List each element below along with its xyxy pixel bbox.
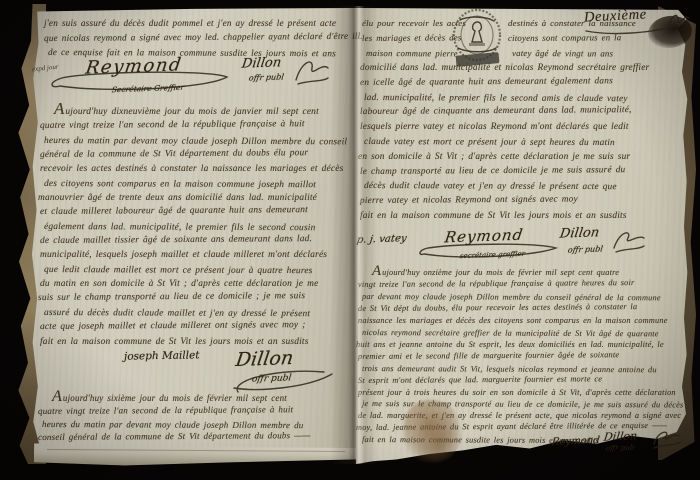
signature-dillon-mid: Dillon	[559, 225, 600, 241]
signature-dillon-bottom-title: offr pub	[605, 444, 635, 453]
text-line: nicolas reymond secrétaire greffier de l…	[362, 327, 684, 340]
signature-reymond-bottom: Reymond	[551, 435, 600, 448]
text-line: le champ transporté au lieu de ce domici…	[360, 163, 649, 180]
text-line: naissance les mariages et décès des cito…	[358, 315, 683, 327]
ink-blot	[404, 400, 462, 462]
text-line: général de la commune de St Vit départem…	[40, 146, 347, 162]
text-line: que ledit claude maillet est mort ce pré…	[44, 263, 347, 279]
signature-vatey: p. j. vatey	[356, 233, 407, 246]
text-line: des citoyens sont comparus en la maison …	[44, 177, 347, 193]
signature-reymond-top: Reymond	[84, 54, 183, 78]
oval-ink-stamp	[448, 8, 508, 72]
act-january-text: Aujourd'huy dixneuvième jour du mois de …	[40, 102, 347, 349]
text-line: laboureur âgé de cinquante ans demeurant…	[360, 103, 649, 120]
text-line: suis sur le champ transporté au lieu de …	[38, 289, 347, 306]
text-line: de claude maillet tissier âgé de soixant…	[40, 232, 347, 248]
scanned-register-spread: j'en suis assuré du décès dudit pommel e…	[0, 0, 700, 480]
page-marker: Deuxième	[584, 6, 648, 26]
signature-reymond-mid: Reymond	[444, 226, 525, 247]
text-line: pierre vatey et nicolas Reymond ont sign…	[360, 192, 649, 209]
text-line: municipalité, lesquels joseph maillet et…	[40, 248, 347, 262]
paraph-flourish	[650, 426, 684, 452]
paraph-flourish	[292, 54, 332, 88]
text-line: lesquels pierre vatey et nicolas Reymond…	[360, 120, 649, 135]
act-february-6-text: domicilié dans lad. municipalité et nico…	[360, 61, 649, 224]
cote-paraph	[664, 8, 692, 34]
signature-dillon-top: Dillon	[241, 55, 282, 71]
paraph-flourish	[610, 226, 648, 256]
text-line: et claude milleret laboureur âgé de quar…	[40, 203, 347, 219]
text-line: de St Vit dépt du doubs, élu pour recevo…	[358, 301, 684, 315]
text-line: que nicolas reymond a signé avec moy led…	[44, 28, 363, 45]
text-line: fait en la maison commune de St Vit les …	[40, 335, 347, 349]
text-line: quatre vingt treize l'an second de la ré…	[40, 117, 347, 133]
signature-dillon-top-title: offr publ	[248, 72, 284, 82]
signature-dillon-bottom: Dillon	[603, 429, 638, 443]
signature-dillon-january-title: offr publ	[251, 373, 292, 384]
act-february-6-start-text: Aujourd'huy sixième jour du mois de févr…	[38, 390, 311, 444]
text-line: fait en la maison commune de St Vit les …	[360, 209, 649, 224]
text-line: en icelle âgé de quarante huit ans demeu…	[360, 74, 649, 91]
signature-dillon-january: Dillon	[234, 347, 295, 371]
text-line: vatey âgé de vingt un ans	[512, 46, 636, 61]
signature-joseph-maillet: joseph Maillet	[124, 349, 200, 362]
text-line: premier ami et le second fille de margue…	[358, 348, 684, 362]
signature-dillon-mid-title: offr publ	[567, 244, 603, 254]
text-line: recevoir les actes destinés à constater …	[40, 162, 347, 176]
text-line: présent jour à trois heures du soir en s…	[358, 387, 683, 399]
text-line: St esprit m'ont déclarés que lad. margue…	[358, 372, 684, 386]
text-line: vingt treize l'an second de la républiqu…	[358, 277, 684, 291]
text-line: claude vatey est mort ce présent jour à …	[364, 135, 649, 151]
text-line: acte que joseph maillet et claude miller…	[40, 318, 347, 334]
text-line: quatre vingt treize l'an second de la ré…	[38, 403, 311, 418]
text-line: conseil général de la commune de St Vit …	[38, 429, 311, 444]
